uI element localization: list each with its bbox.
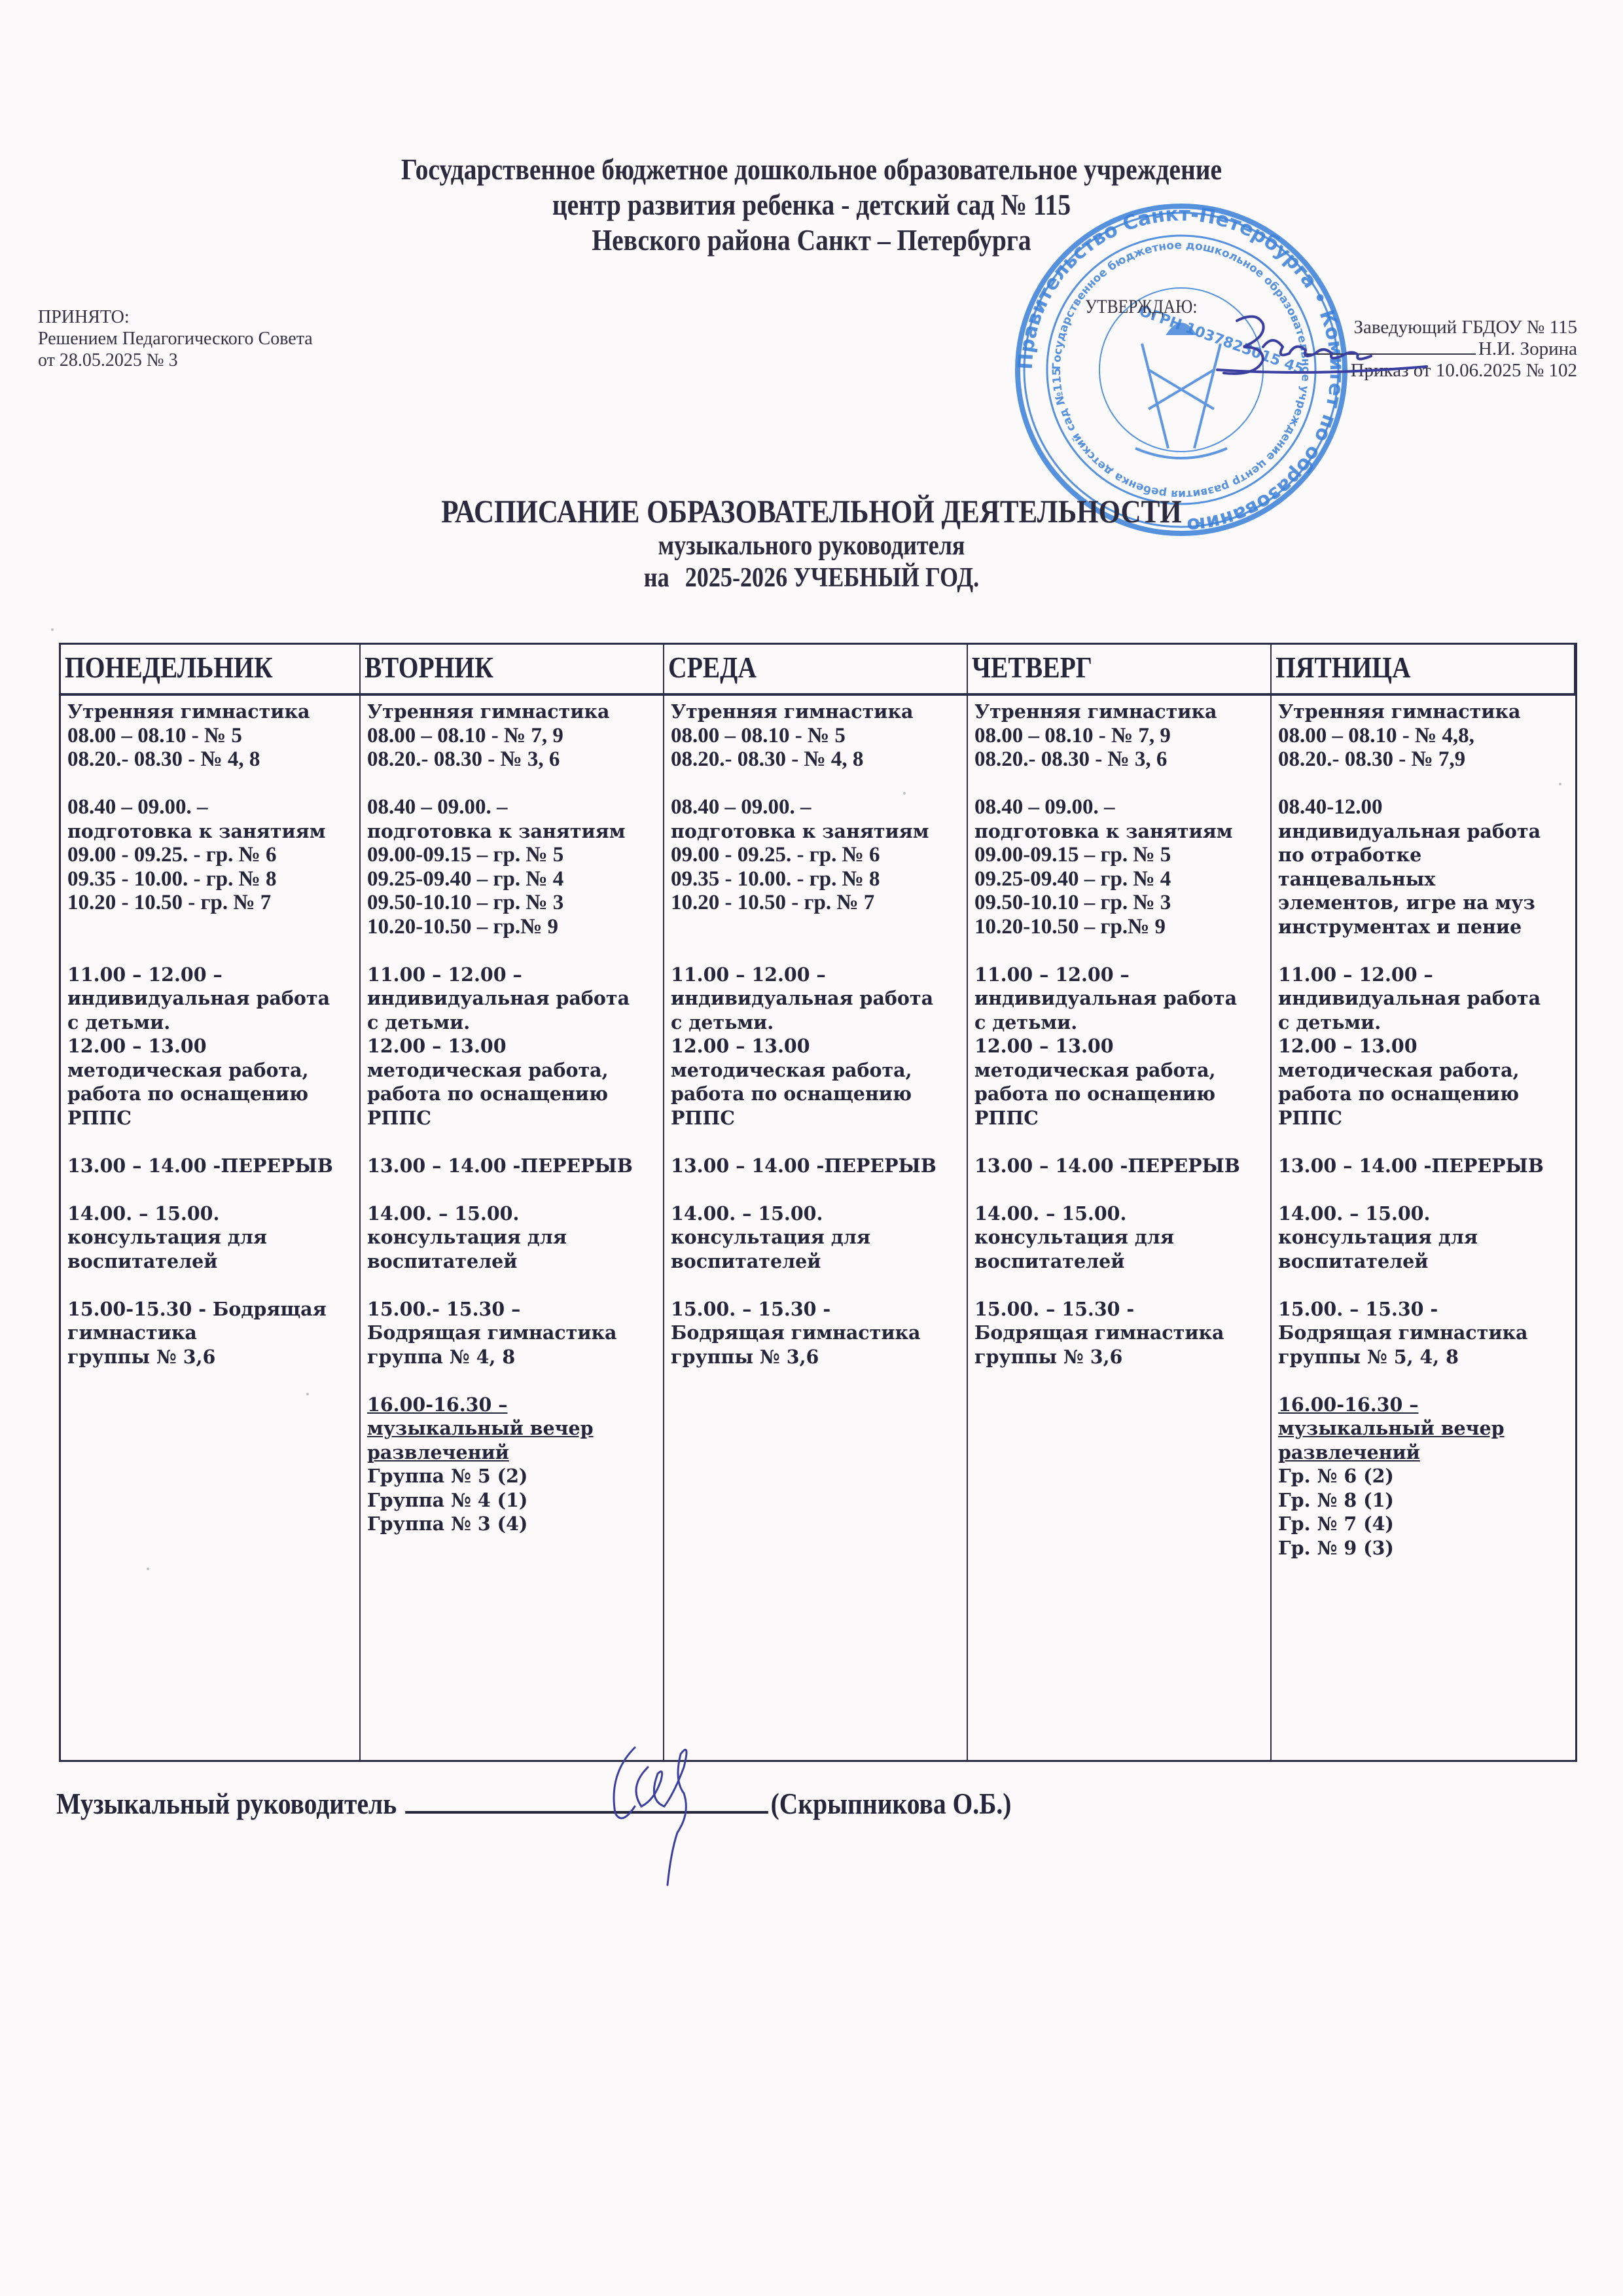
schedule-entry: 13.00 – 14.00 -ПЕРЕРЫВ (67, 1154, 355, 1178)
schedule-entry: методическая работа, (671, 1058, 963, 1083)
schedule-entry: Утренняя гимнастика (974, 700, 1266, 724)
schedule-entry: индивидуальная работа (67, 986, 355, 1011)
schedule-spacer (974, 1273, 1266, 1297)
schedule-entry: 16.00-16.30 – (367, 1393, 659, 1417)
schedule-entry: консультация для (67, 1225, 355, 1249)
schedule-entry: Группа № 3 (4) (367, 1512, 659, 1536)
schedule-entry: 16.00-16.30 – (1278, 1393, 1571, 1417)
schedule-spacer (1278, 1177, 1571, 1202)
schedule-entry: 08.40 – 09.00. – (671, 795, 963, 819)
schedule-entry: 13.00 – 14.00 -ПЕРЕРЫВ (367, 1154, 659, 1178)
schedule-entry: Гр. № 8 (1) (1278, 1488, 1571, 1513)
day-header-wednesday: СРЕДА (664, 645, 968, 696)
schedule-entry: работа по оснащению (1278, 1082, 1571, 1106)
schedule-spacer (671, 915, 963, 939)
approver-name: Н.И. Зорина (1478, 338, 1577, 359)
schedule-entry: индивидуальная работа (1278, 986, 1571, 1011)
day-cell-tuesday: Утренняя гимнастика08.00 – 08.10 - № 7, … (361, 696, 664, 1760)
schedule-spacer (1278, 1273, 1571, 1297)
approver-position: Заведующий ГБДОУ № 115 (1243, 317, 1577, 338)
schedule-entry: РППС (67, 1106, 355, 1130)
schedule-entry: Бодрящая гимнастика (1278, 1321, 1571, 1345)
schedule-entry: Бодрящая гимнастика (367, 1321, 659, 1345)
day-header-tuesday: ВТОРНИК (361, 645, 664, 696)
schedule-entry: музыкальный вечер (367, 1416, 659, 1441)
schedule-entry: 09.25-09.40 – гр. № 4 (974, 867, 1266, 891)
footer-signature: Музыкальный руководитель (Скрыпникова О.… (56, 1785, 1011, 1822)
day-cell-thursday: Утренняя гимнастика08.00 – 08.10 - № 7, … (968, 696, 1272, 1760)
schedule-entry: 09.00 - 09.25. - гр. № 6 (671, 843, 963, 867)
day-cell-monday: Утренняя гимнастика08.00 – 08.10 - № 508… (61, 696, 361, 1760)
schedule-spacer (367, 1369, 659, 1393)
schedule-entry: развлечений (367, 1441, 659, 1465)
schedule-spacer (367, 1177, 659, 1202)
schedule-entry: 13.00 – 14.00 -ПЕРЕРЫВ (671, 1154, 963, 1178)
schedule-entry: 11.00 – 12.00 – (367, 963, 659, 987)
schedule-entry: 10.20 - 10.50 - гр. № 7 (671, 891, 963, 915)
schedule-entry: Гр. № 7 (4) (1278, 1512, 1571, 1536)
schedule-spacer (974, 1130, 1266, 1154)
schedule-entry: работа по оснащению (671, 1082, 963, 1106)
org-line-1: Государственное бюджетное дошкольное обр… (114, 152, 1510, 187)
schedule-entry: Гр. № 9 (3) (1278, 1536, 1571, 1560)
schedule-entry: методическая работа, (367, 1058, 659, 1083)
approved-label: УТВЕРЖДАЮ: (1085, 296, 1197, 318)
schedule-entry: воспитателей (974, 1249, 1266, 1274)
schedule-entry: с детьми. (671, 1011, 963, 1035)
schedule-entry: развлечений (1278, 1441, 1571, 1465)
schedule-entry: работа по оснащению (67, 1082, 355, 1106)
schedule-entry: 14.00. – 15.00. (1278, 1202, 1571, 1226)
accepted-label: ПРИНЯТО: (38, 306, 313, 328)
schedule-entry: 09.25-09.40 – гр. № 4 (367, 867, 659, 891)
schedule-entry: 12.00 – 13.00 (1278, 1034, 1571, 1058)
schedule-entry: консультация для (367, 1225, 659, 1249)
schedule-entry: 11.00 – 12.00 – (671, 963, 963, 987)
schedule-entry: с детьми. (367, 1011, 659, 1035)
schedule-entry: 09.35 - 10.00. - гр. № 8 (671, 867, 963, 891)
schedule-entry: подготовка к занятиям (367, 819, 659, 844)
schedule-spacer (367, 939, 659, 963)
schedule-spacer (367, 1273, 659, 1297)
schedule-entry: методическая работа, (974, 1058, 1266, 1083)
schedule-entry: 08.20.- 08.30 - № 7,9 (1278, 747, 1571, 772)
schedule-spacer (67, 1273, 355, 1297)
schedule-spacer (974, 772, 1266, 796)
organization-header: Государственное бюджетное дошкольное обр… (114, 152, 1510, 258)
schedule-entry: 13.00 – 14.00 -ПЕРЕРЫВ (1278, 1154, 1571, 1178)
schedule-entry: 08.20.- 08.30 - № 3, 6 (974, 747, 1266, 772)
schedule-entry: 14.00. – 15.00. (671, 1202, 963, 1226)
schedule-spacer (367, 1130, 659, 1154)
schedule-entry: работа по оснащению (974, 1082, 1266, 1106)
schedule-spacer (671, 1177, 963, 1202)
schedule-entry: воспитателей (67, 1249, 355, 1274)
schedule-spacer (671, 1130, 963, 1154)
schedule-entry: консультация для (1278, 1225, 1571, 1249)
schedule-entry: 08.20.- 08.30 - № 4, 8 (671, 747, 963, 772)
schedule-entry: РППС (1278, 1106, 1571, 1130)
schedule-entry: группы № 5, 4, 8 (1278, 1345, 1571, 1369)
schedule-entry: 12.00 – 13.00 (671, 1034, 963, 1058)
schedule-entry: 14.00. – 15.00. (974, 1202, 1266, 1226)
day-header-friday: ПЯТНИЦА (1272, 645, 1575, 696)
schedule-entry: 08.40-12.00 (1278, 795, 1571, 819)
schedule-entry: 09.50-10.10 – гр. № 3 (367, 891, 659, 915)
schedule-entry: по отработке (1278, 843, 1571, 867)
footer-name: (Скрыпникова О.Б.) (771, 1787, 1012, 1820)
schedule-entry: танцевальных (1278, 867, 1571, 891)
schedule-entry: с детьми. (67, 1011, 355, 1035)
schedule-entry: работа по оснащению (367, 1082, 659, 1106)
schedule-spacer (1278, 939, 1571, 963)
day-cell-wednesday: Утренняя гимнастика08.00 – 08.10 - № 508… (664, 696, 968, 1760)
schedule-entry: индивидуальная работа (367, 986, 659, 1011)
schedule-entry: Бодрящая гимнастика (974, 1321, 1266, 1345)
schedule-entry: подготовка к занятиям (974, 819, 1266, 844)
schedule-entry: Утренняя гимнастика (671, 700, 963, 724)
schedule-entry: 15.00. – 15.30 - (1278, 1297, 1571, 1321)
schedule-spacer (1278, 1369, 1571, 1393)
schedule-entry: музыкальный вечер (1278, 1416, 1571, 1441)
schedule-entry: 11.00 – 12.00 – (67, 963, 355, 987)
schedule-entry: воспитателей (367, 1249, 659, 1274)
title-line-1: РАСПИСАНИЕ ОБРАЗОВАТЕЛЬНОЙ ДЕЯТЕЛЬНОСТИ (114, 492, 1510, 530)
schedule-spacer (671, 1273, 963, 1297)
schedule-entry: 12.00 – 13.00 (974, 1034, 1266, 1058)
schedule-entry: 08.40 – 09.00. – (367, 795, 659, 819)
schedule-entry: методическая работа, (67, 1058, 355, 1083)
title-line-2: музыкального руководителя (114, 530, 1510, 562)
accepted-block: ПРИНЯТО: Решением Педагогического Совета… (38, 306, 313, 371)
schedule-entry: 15.00. – 15.30 - (671, 1297, 963, 1321)
schedule-entry: 12.00 – 13.00 (67, 1034, 355, 1058)
schedule-entry: воспитателей (671, 1249, 963, 1274)
schedule-entry: Бодрящая гимнастика (671, 1321, 963, 1345)
schedule-table: ПОНЕДЕЛЬНИК ВТОРНИК СРЕДА ЧЕТВЕРГ ПЯТНИЦ… (59, 643, 1577, 1762)
schedule-entry: с детьми. (974, 1011, 1266, 1035)
schedule-entry: РППС (671, 1106, 963, 1130)
schedule-spacer (671, 939, 963, 963)
schedule-entry: 10.20 - 10.50 - гр. № 7 (67, 891, 355, 915)
schedule-entry: РППС (974, 1106, 1266, 1130)
schedule-entry: консультация для (974, 1225, 1266, 1249)
schedule-entry: консультация для (671, 1225, 963, 1249)
org-line-3: Невского района Санкт – Петербурга (114, 223, 1510, 258)
approval-order: Приказ от 10.06.2025 № 102 (1243, 360, 1577, 382)
schedule-entry: воспитателей (1278, 1249, 1571, 1274)
schedule-entry: 09.35 - 10.00. - гр. № 8 (67, 867, 355, 891)
schedule-entry: РППС (367, 1106, 659, 1130)
schedule-spacer (974, 939, 1266, 963)
accepted-line-1: Решением Педагогического Совета (38, 328, 313, 350)
schedule-entry: 09.00-09.15 – гр. № 5 (367, 843, 659, 867)
schedule-entry: методическая работа, (1278, 1058, 1571, 1083)
schedule-entry: 09.00 - 09.25. - гр. № 6 (67, 843, 355, 867)
schedule-entry: Утренняя гимнастика (367, 700, 659, 724)
schedule-entry: 13.00 – 14.00 -ПЕРЕРЫВ (974, 1154, 1266, 1178)
schedule-spacer (67, 1130, 355, 1154)
schedule-entry: 15.00-15.30 - Бодрящая (67, 1297, 355, 1321)
schedule-entry: Группа № 5 (2) (367, 1464, 659, 1488)
schedule-spacer (67, 1177, 355, 1202)
schedule-spacer (67, 915, 355, 939)
footer-signature-line (405, 1811, 768, 1814)
schedule-entry: 08.20.- 08.30 - № 4, 8 (67, 747, 355, 772)
schedule-entry: 08.20.- 08.30 - № 3, 6 (367, 747, 659, 772)
schedule-entry: 09.00-09.15 – гр. № 5 (974, 843, 1266, 867)
schedule-entry: подготовка к занятиям (67, 819, 355, 844)
day-header-thursday: ЧЕТВЕРГ (968, 645, 1272, 696)
document-title: РАСПИСАНИЕ ОБРАЗОВАТЕЛЬНОЙ ДЕЯТЕЛЬНОСТИ … (114, 492, 1510, 594)
footer-role: Музыкальный руководитель (56, 1787, 397, 1820)
schedule-entry: Утренняя гимнастика (67, 700, 355, 724)
schedule-entry: группы № 3,6 (671, 1345, 963, 1369)
schedule-entry: 15.00. – 15.30 - (974, 1297, 1266, 1321)
schedule-entry: 08.00 – 08.10 - № 5 (67, 724, 355, 748)
schedule-entry: группы № 3,6 (974, 1345, 1266, 1369)
schedule-spacer (1278, 1130, 1571, 1154)
schedule-spacer (67, 939, 355, 963)
schedule-entry: 15.00.- 15.30 – (367, 1297, 659, 1321)
day-header-monday: ПОНЕДЕЛЬНИК (61, 645, 361, 696)
org-line-2: центр развития ребенка - детский сад № 1… (114, 187, 1510, 223)
schedule-entry: гимнастика (67, 1321, 355, 1345)
schedule-spacer (67, 772, 355, 796)
schedule-entry: индивидуальная работа (974, 986, 1266, 1011)
schedule-entry: 08.00 – 08.10 - № 7, 9 (367, 724, 659, 748)
schedule-entry: инструментах и пение (1278, 915, 1571, 939)
schedule-entry: 08.00 – 08.10 - № 7, 9 (974, 724, 1266, 748)
schedule-entry: 10.20-10.50 – гр.№ 9 (367, 915, 659, 939)
schedule-entry: Группа № 4 (1) (367, 1488, 659, 1513)
schedule-entry: 08.40 – 09.00. – (974, 795, 1266, 819)
schedule-entry: 14.00. – 15.00. (367, 1202, 659, 1226)
schedule-entry: 08.40 – 09.00. – (67, 795, 355, 819)
approved-block: Заведующий ГБДОУ № 115 Н.И. Зорина Прика… (1243, 317, 1577, 382)
schedule-entry: 12.00 – 13.00 (367, 1034, 659, 1058)
schedule-entry: 14.00. – 15.00. (67, 1202, 355, 1226)
schedule-entry: группа № 4, 8 (367, 1345, 659, 1369)
schedule-entry: индивидуальная работа (671, 986, 963, 1011)
schedule-spacer (1278, 772, 1571, 796)
title-line-3: на2025-2026 УЧЕБНЫЙ ГОД. (114, 562, 1510, 594)
schedule-entry: 08.00 – 08.10 - № 5 (671, 724, 963, 748)
schedule-entry: группы № 3,6 (67, 1345, 355, 1369)
schedule-spacer (367, 772, 659, 796)
schedule-entry: 11.00 – 12.00 – (974, 963, 1266, 987)
schedule-entry: подготовка к занятиям (671, 819, 963, 844)
schedule-entry: 11.00 – 12.00 – (1278, 963, 1571, 987)
schedule-entry: Гр. № 6 (2) (1278, 1464, 1571, 1488)
day-cell-friday: Утренняя гимнастика08.00 – 08.10 - № 4,8… (1272, 696, 1575, 1760)
schedule-entry: 08.00 – 08.10 - № 4,8, (1278, 724, 1571, 748)
schedule-entry: индивидуальная работа (1278, 819, 1571, 844)
schedule-entry: Утренняя гимнастика (1278, 700, 1571, 724)
schedule-entry: с детьми. (1278, 1011, 1571, 1035)
schedule-entry: 09.50-10.10 – гр. № 3 (974, 891, 1266, 915)
schedule-entry: элементов, игре на муз (1278, 891, 1571, 915)
schedule-spacer (671, 772, 963, 796)
accepted-line-2: от 28.05.2025 № 3 (38, 350, 313, 371)
approver-signature-line (1306, 353, 1476, 355)
schedule-spacer (974, 1177, 1266, 1202)
schedule-entry: 10.20-10.50 – гр.№ 9 (974, 915, 1266, 939)
